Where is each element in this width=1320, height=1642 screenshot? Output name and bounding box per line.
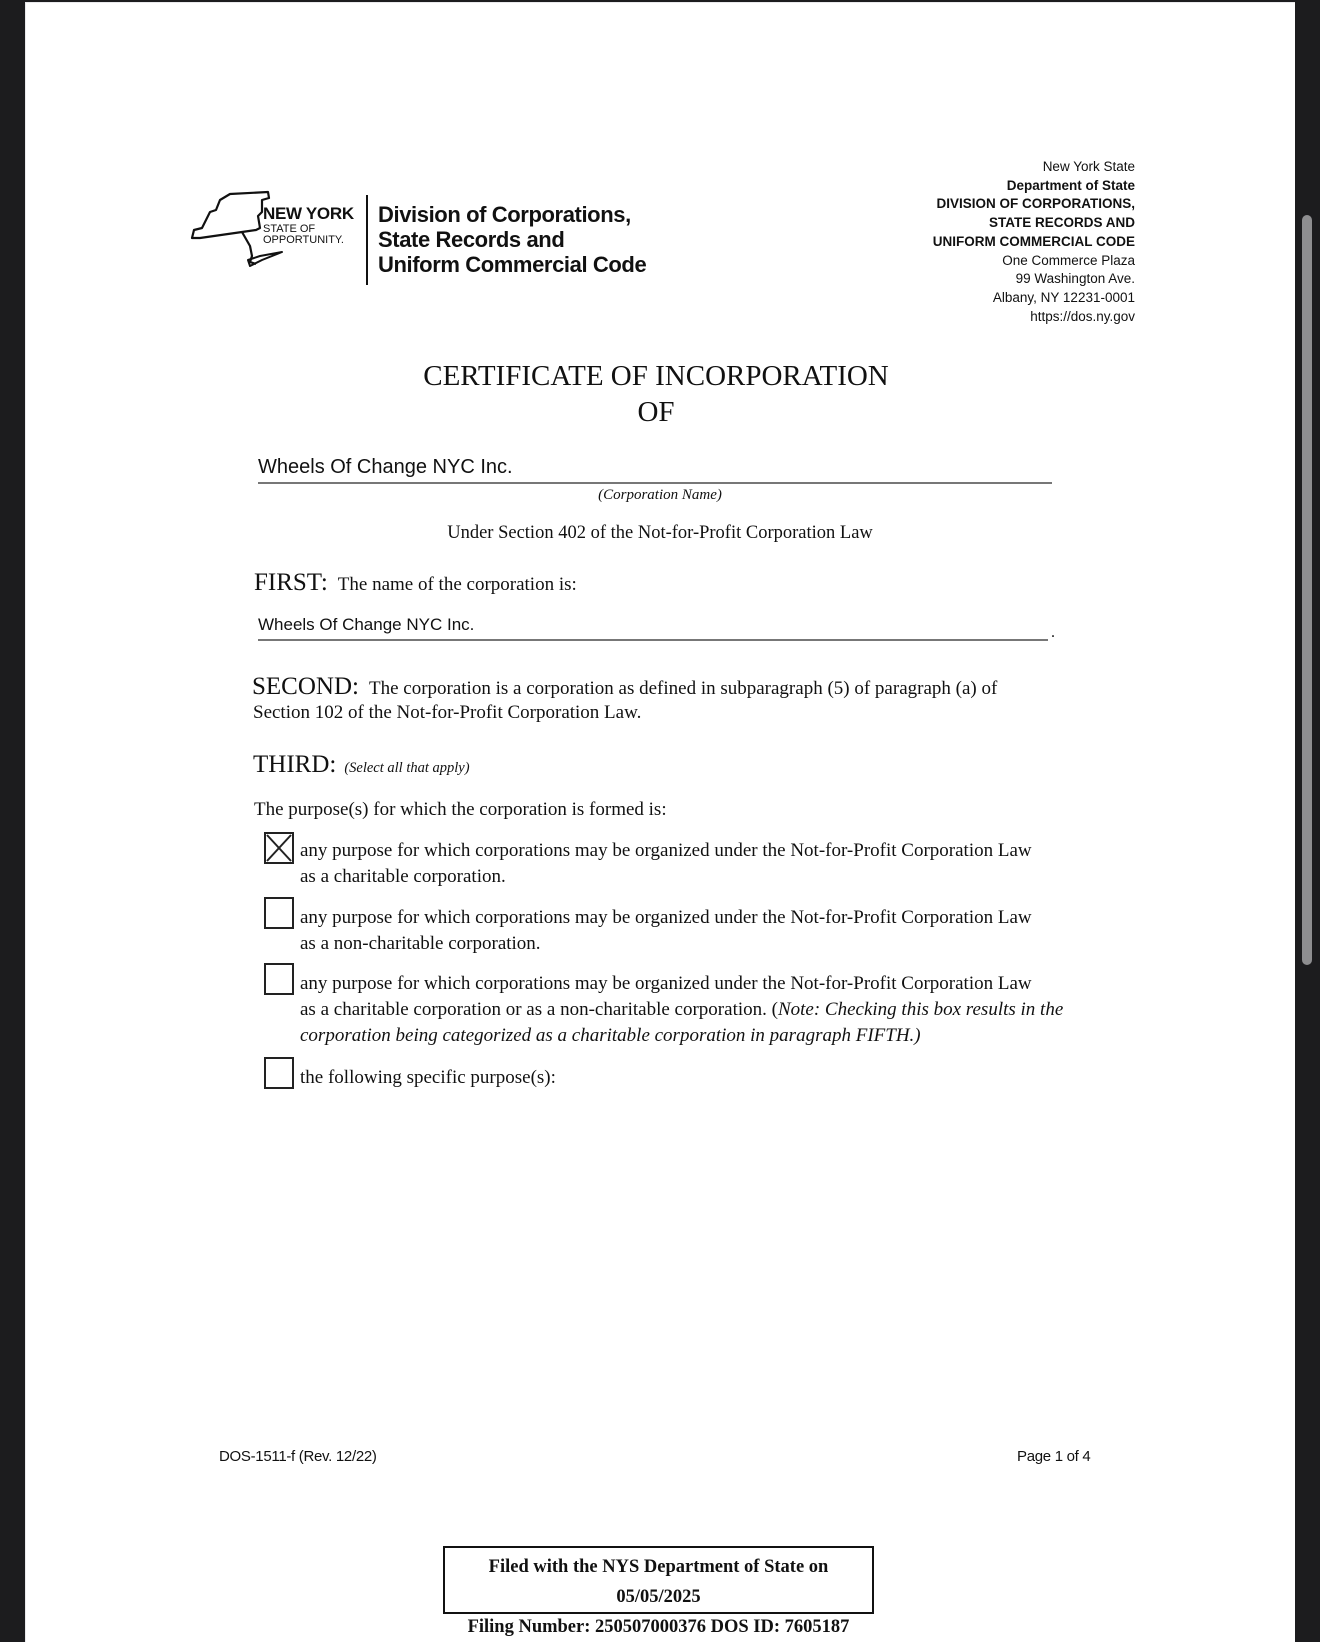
option-non-charitable-line2: as a non-charitable corporation. (300, 933, 541, 955)
document-title: CERTIFICATE OF INCORPORATION (0, 360, 1316, 393)
option-either-note-line3: corporation being categorized as a chari… (300, 1025, 921, 1047)
option-either-note: Note: Checking this box results in the (778, 999, 1063, 1020)
document-title-of: OF (0, 396, 1316, 429)
option-either-line2: as a charitable corporation or as a non-… (300, 999, 1063, 1021)
option-either-line1: any purpose for which corporations may b… (300, 973, 1032, 995)
third-hint: (Select all that apply) (344, 760, 469, 776)
first-text: The name of the corporation is: (338, 574, 577, 595)
corporation-name-caption: (Corporation Name) (0, 487, 1320, 504)
third-label: THIRD: (253, 751, 336, 778)
logo-state-name: NEW YORK (263, 204, 354, 224)
purpose-checkbox-either[interactable] (264, 963, 294, 995)
filing-stamp: Filed with the NYS Department of State o… (443, 1546, 874, 1614)
corporation-name-field: Wheels Of Change NYC Inc. (258, 456, 513, 479)
purpose-checkbox-charitable[interactable] (264, 832, 294, 864)
scrollbar-thumb[interactable] (1302, 215, 1312, 965)
third-intro: The purpose(s) for which the corporation… (254, 799, 667, 821)
agency-website: https://dos.ny.gov (933, 308, 1135, 327)
page-indicator: Page 1 of 4 (1017, 1448, 1090, 1465)
option-charitable-line1: any purpose for which corporations may b… (300, 840, 1032, 862)
division-name: Division of Corporations, State Records … (378, 202, 646, 277)
first-paragraph: FIRST: The name of the corporation is: (254, 569, 577, 597)
first-corporation-name-field: Wheels Of Change NYC Inc. (258, 615, 474, 635)
logo-divider (366, 195, 368, 285)
second-text-line2: Section 102 of the Not-for-Profit Corpor… (253, 702, 641, 724)
purpose-checkbox-non-charitable[interactable] (264, 897, 294, 929)
option-charitable-line2: as a charitable corporation. (300, 866, 506, 888)
form-number: DOS-1511-f (Rev. 12/22) (219, 1448, 377, 1465)
filing-number: Filing Number: 250507000376 DOS ID: 7605… (445, 1612, 872, 1642)
third-paragraph: THIRD: (Select all that apply) (253, 751, 470, 779)
agency-address: New York State Department of State DIVIS… (933, 158, 1135, 326)
first-trailing-period: . (1051, 624, 1055, 642)
second-label: SECOND: (252, 673, 359, 700)
option-specific-line1: the following specific purpose(s): (300, 1067, 556, 1089)
logo-tagline: STATE OF OPPORTUNITY. (263, 224, 344, 246)
option-non-charitable-line1: any purpose for which corporations may b… (300, 907, 1032, 929)
second-paragraph: SECOND: The corporation is a corporation… (252, 673, 997, 701)
purpose-checkbox-specific[interactable] (264, 1057, 294, 1089)
filing-date: Filed with the NYS Department of State o… (445, 1552, 872, 1612)
checkbox-x-mark-icon (266, 834, 292, 862)
under-section-text: Under Section 402 of the Not-for-Profit … (0, 523, 1320, 544)
first-underline (258, 639, 1048, 641)
first-label: FIRST: (254, 569, 328, 596)
corporation-name-underline (258, 482, 1052, 484)
